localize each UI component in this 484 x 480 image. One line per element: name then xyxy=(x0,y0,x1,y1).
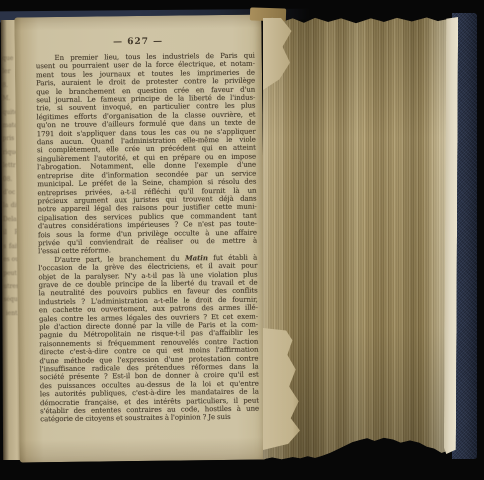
book-photograph: queler8.M. lquitemataprisriquelettr08.d'… xyxy=(0,0,484,480)
page-text: En premier lieu, tous les industriels de… xyxy=(36,52,260,425)
open-page: — 627 — En premier lieu, tous les indust… xyxy=(14,15,266,463)
paragraph-1: En premier lieu, tous les industriels de… xyxy=(36,52,257,256)
paragraph-2: D'autre part, le branchement du Matin fu… xyxy=(38,253,259,424)
outer-page-edge xyxy=(444,17,458,454)
page-number: — 627 — xyxy=(15,36,262,49)
